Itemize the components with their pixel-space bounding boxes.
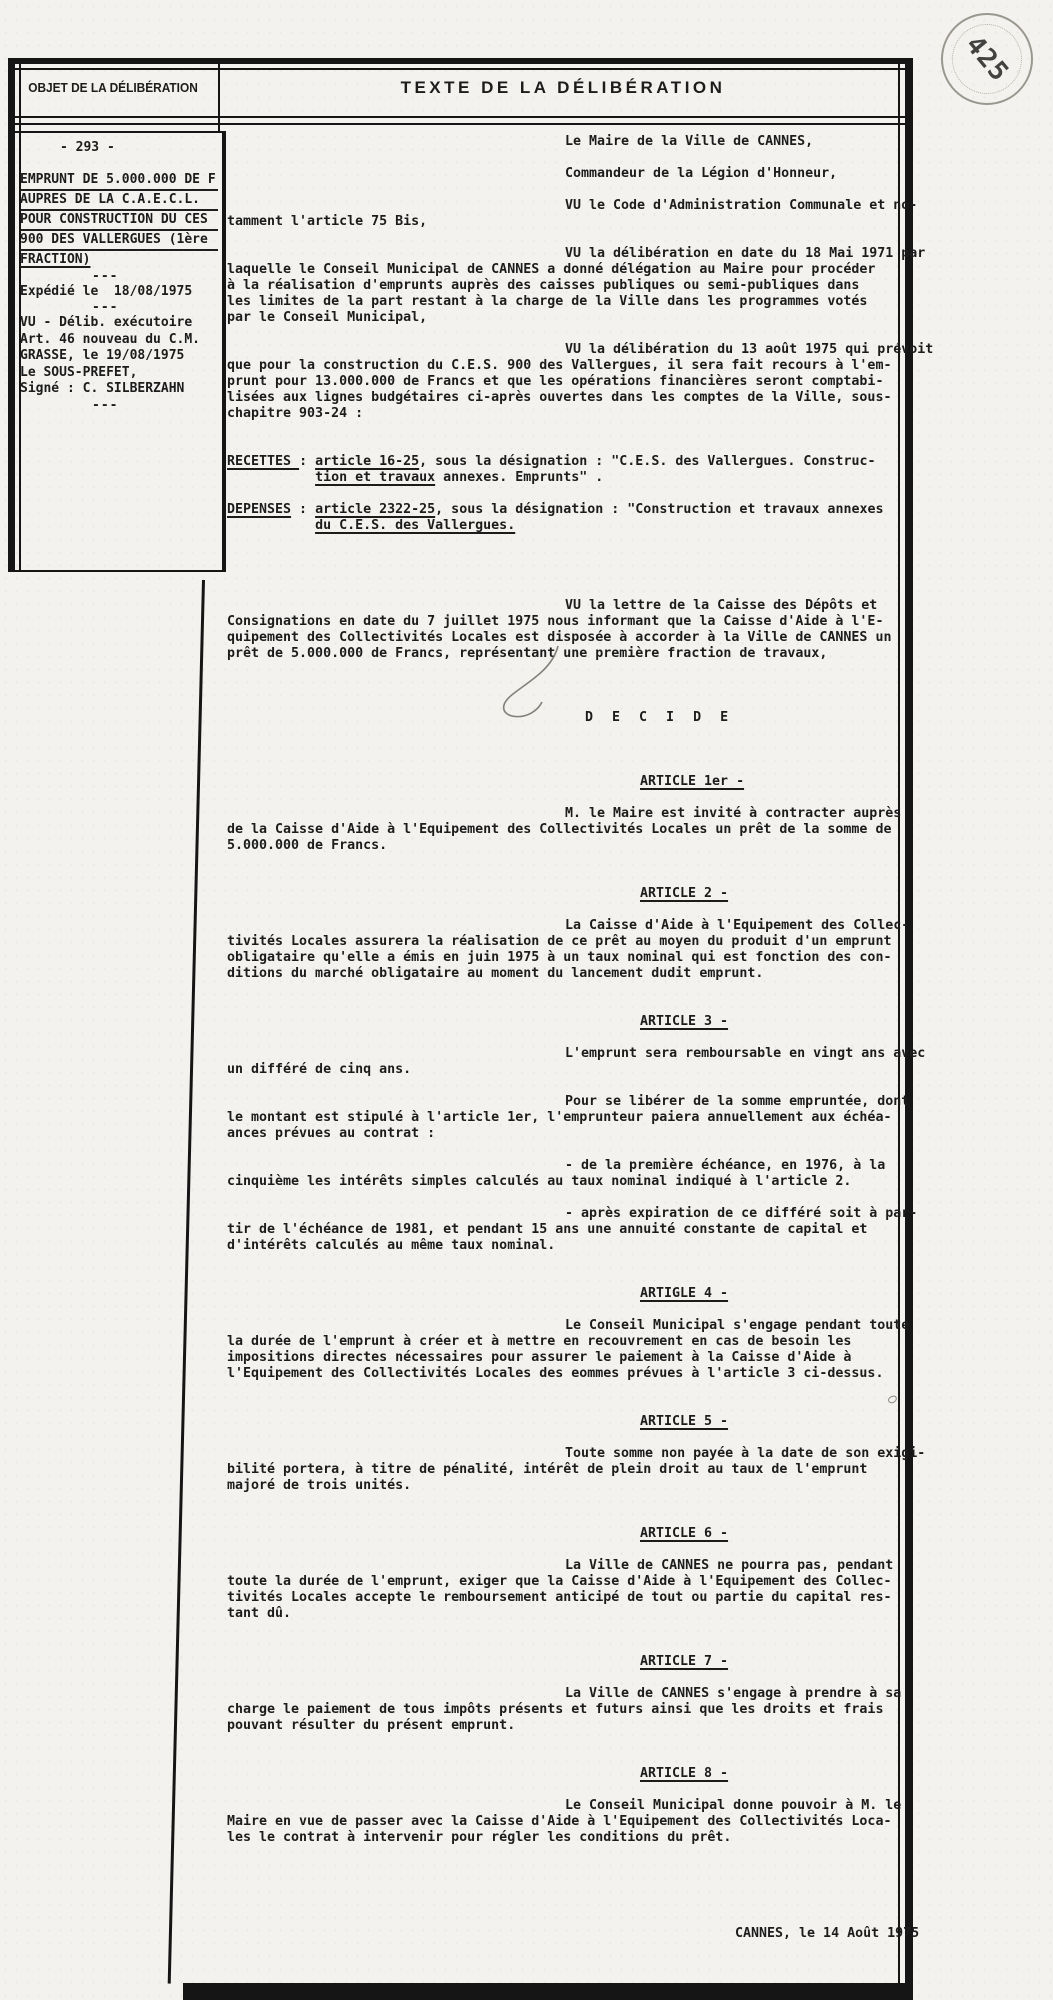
body-line [227, 550, 903, 566]
body-line: La Ville de CANNES ne pourra pas, pendan… [227, 1558, 903, 1574]
body-line: VU le Code d'Administration Communale et… [227, 198, 903, 214]
body-line: de la Caisse d'Aide à l'Equipement des C… [227, 822, 903, 838]
body-line [227, 230, 903, 246]
article-heading: ARTICLE 7 - [227, 1654, 903, 1670]
body-line: prunt pour 13.000.000 de Francs et que l… [227, 374, 903, 390]
body-line: tivités Locales accepte le remboursement… [227, 1590, 903, 1606]
body-line [227, 1270, 903, 1286]
sidebar-line: Art. 46 nouveau du C.M. [20, 332, 220, 349]
body-line: les le contrat à intervenir pour régler … [227, 1830, 903, 1846]
body-line: VU la délibération du 13 août 1975 qui p… [227, 342, 903, 358]
body-line [227, 1302, 903, 1318]
body-line [227, 870, 903, 886]
body-line [227, 998, 903, 1014]
sidebar-line: FRACTION) [20, 251, 220, 269]
body-line: à la réalisation d'emprunts auprès des c… [227, 278, 903, 294]
body-line [227, 1254, 903, 1270]
body-line: tir de l'échéance de 1981, et pendant 15… [227, 1222, 903, 1238]
body-line: que pour la construction du C.E.S. 900 d… [227, 358, 903, 374]
sidebar-line: EMPRUNT DE 5.000.000 DE F [20, 171, 218, 191]
body-line: Pour se libérer de la somme empruntée, d… [227, 1094, 903, 1110]
body-line [227, 1190, 903, 1206]
body-line [227, 566, 903, 582]
article-heading: ARTICLE 8 - [227, 1766, 903, 1782]
body-line: Consignations en date du 7 juillet 1975 … [227, 614, 903, 630]
body-line [227, 1382, 903, 1398]
body-line [227, 182, 903, 198]
body-line: La Caisse d'Aide à l'Equipement des Coll… [227, 918, 903, 934]
body-line: chapitre 903-24 : [227, 406, 903, 422]
sidebar-line: VU - Délib. exécutoire [20, 315, 220, 332]
body-line: le montant est stipulé à l'article 1er, … [227, 1110, 903, 1126]
body-line: tamment l'article 75 Bis, [227, 214, 903, 230]
body-line: impositions directes nécessaires pour as… [227, 1350, 903, 1366]
body-line: ances prévues au contrat : [227, 1126, 903, 1142]
body-line: Maire en vue de passer avec la Caisse d'… [227, 1814, 903, 1830]
body-line [227, 1878, 903, 1894]
header-object-label: OBJET DE LA DÉLIBÉRATION [13, 60, 213, 116]
body-line: toute la durée de l'emprunt, exiger que … [227, 1574, 903, 1590]
body-line: laquelle le Conseil Municipal de CANNES … [227, 262, 903, 278]
sidebar-line: 900 DES VALLERGUES (1ère [20, 231, 218, 251]
body-line: obligataire qu'elle a émis en juin 1975 … [227, 950, 903, 966]
body-line [227, 1542, 903, 1558]
article-heading: ARTICLE 5 - [227, 1414, 903, 1430]
body-line: Commandeur de la Légion d'Honneur, [227, 166, 903, 182]
body-line: tivités Locales assurera la réalisation … [227, 934, 903, 950]
body-line: l'Equipement des Collectivités Locales d… [227, 1366, 903, 1382]
body-line: bilité portera, à titre de pénalité, int… [227, 1462, 903, 1478]
body-line [227, 1670, 903, 1686]
body-line: RECETTES : article 16-25, sous la désign… [227, 454, 903, 470]
body-line: - après expiration de ce différé soit à … [227, 1206, 903, 1222]
body-line [227, 1030, 903, 1046]
body-line: un différé de cinq ans. [227, 1062, 903, 1078]
body-line: Toute somme non payée à la date de son e… [227, 1446, 903, 1462]
page-number-stamp: 425 [941, 13, 1033, 105]
body-line: tant dû. [227, 1606, 903, 1622]
article-heading: ARTICLE 3 - [227, 1014, 903, 1030]
body-line [227, 758, 903, 774]
text-column-left-rule [168, 580, 205, 1984]
body-line [227, 326, 903, 342]
body-line [227, 678, 903, 694]
body-line [227, 1142, 903, 1158]
body-line: Le Conseil Municipal donne pouvoir à M. … [227, 1798, 903, 1814]
body-line [227, 1398, 903, 1414]
body-line: pouvant résulter du présent emprunt. [227, 1718, 903, 1734]
sidebar-line: --- [20, 269, 220, 284]
body-line: ditions du marché obligataire au moment … [227, 966, 903, 982]
body-line: L'emprunt sera remboursable en vingt ans… [227, 1046, 903, 1062]
body-line [227, 1734, 903, 1750]
body-line [227, 1078, 903, 1094]
body-line: majoré de trois unités. [227, 1478, 903, 1494]
body-line: - de la première échéance, en 1976, à la [227, 1158, 903, 1174]
body-line: cinquième les intérêts simples calculés … [227, 1174, 903, 1190]
body-line: lisées aux lignes budgétaires ci-après o… [227, 390, 903, 406]
body-line: les limites de la part restant à la char… [227, 294, 903, 310]
body-line: du C.E.S. des Vallergues. [227, 518, 903, 534]
body-line [227, 694, 903, 710]
body-line [227, 534, 903, 550]
bottom-scan-bar [183, 1983, 913, 2000]
body-line [227, 902, 903, 918]
body-line: charge le paiement de tous impôts présen… [227, 1702, 903, 1718]
sidebar-line: --- [20, 300, 220, 315]
sidebar-line: Signé : C. SILBERZAHN [20, 381, 220, 398]
body-line: prêt de 5.000.000 de Francs, représentan… [227, 646, 903, 662]
body-line: Le Maire de la Ville de CANNES, [227, 134, 903, 150]
body-line: Le Conseil Municipal s'engage pendant to… [227, 1318, 903, 1334]
body-line [227, 726, 903, 742]
body-line: D E C I D E [227, 710, 903, 726]
body-line [227, 1494, 903, 1510]
body-line [227, 1846, 903, 1862]
body-line: M. le Maire est invité à contracter aupr… [227, 806, 903, 822]
sidebar-line: POUR CONSTRUCTION DU CES [20, 211, 218, 231]
scanned-deliberation-page: 425 OBJET DE LA DÉLIBÉRATION TEXTE DE LA… [0, 0, 1053, 2000]
body-line: DEPENSES : article 2322-25, sous la dési… [227, 502, 903, 518]
deliberation-body: Le Maire de la Ville de CANNES, Commande… [227, 134, 903, 1942]
body-line: VU la lettre de la Caisse des Dépôts et [227, 598, 903, 614]
body-line: par le Conseil Municipal, [227, 310, 903, 326]
body-line [227, 1750, 903, 1766]
body-line [227, 1894, 903, 1910]
body-line [227, 422, 903, 438]
body-line: quipement des Collectivités Locales est … [227, 630, 903, 646]
body-line [227, 438, 903, 454]
article-heading: ARTICLE 6 - [227, 1526, 903, 1542]
body-line: d'intérêts calculés au même taux nominal… [227, 1238, 903, 1254]
body-line [227, 486, 903, 502]
body-line [227, 1638, 903, 1654]
body-line [227, 1782, 903, 1798]
sidebar-box-right [222, 131, 226, 572]
body-line [227, 1910, 903, 1926]
body-line: CANNES, le 14 Août 1975 [227, 1926, 903, 1942]
page-left-border [8, 58, 15, 572]
sidebar-line: Le SOUS-PREFET, [20, 365, 220, 382]
body-line [227, 662, 903, 678]
body-line [227, 1430, 903, 1446]
body-line [227, 582, 903, 598]
body-line [227, 854, 903, 870]
body-line: VU la délibération en date du 18 Mai 197… [227, 246, 903, 262]
sidebar-line: --- [20, 398, 220, 413]
header-bottom-rule-2 [8, 123, 906, 125]
body-line [227, 150, 903, 166]
sidebar-line: GRASSE, le 19/08/1975 [20, 348, 220, 365]
body-line [227, 1862, 903, 1878]
body-line [227, 1622, 903, 1638]
body-line: 5.000.000 de Francs. [227, 838, 903, 854]
header-text-label: TEXTE DE LA DÉLIBÉRATION [220, 60, 906, 116]
body-line [227, 982, 903, 998]
sidebar-lines: - 293 -EMPRUNT DE 5.000.000 DE FAUPRES D… [20, 140, 220, 413]
body-line: tion et travaux annexes. Emprunts" . [227, 470, 903, 486]
sidebar-box-bottom [8, 570, 226, 572]
body-line [227, 742, 903, 758]
sidebar-box-top [8, 131, 226, 133]
body-line [227, 1510, 903, 1526]
header-bottom-rule-1 [8, 116, 906, 118]
article-heading: ARTICLE 2 - [227, 886, 903, 902]
body-line: la durée de l'emprunt à créer et à mettr… [227, 1334, 903, 1350]
sidebar-line: Expédié le 18/08/1975 [20, 284, 220, 301]
body-line [227, 790, 903, 806]
sidebar-line: - 293 - [20, 140, 220, 157]
article-heading: ARTICLE 1er - [227, 774, 903, 790]
sidebar-line: AUPRES DE LA C.A.E.C.L. [20, 191, 218, 211]
body-line: La Ville de CANNES s'engage à prendre à … [227, 1686, 903, 1702]
article-heading: ARTIGLE 4 - [227, 1286, 903, 1302]
